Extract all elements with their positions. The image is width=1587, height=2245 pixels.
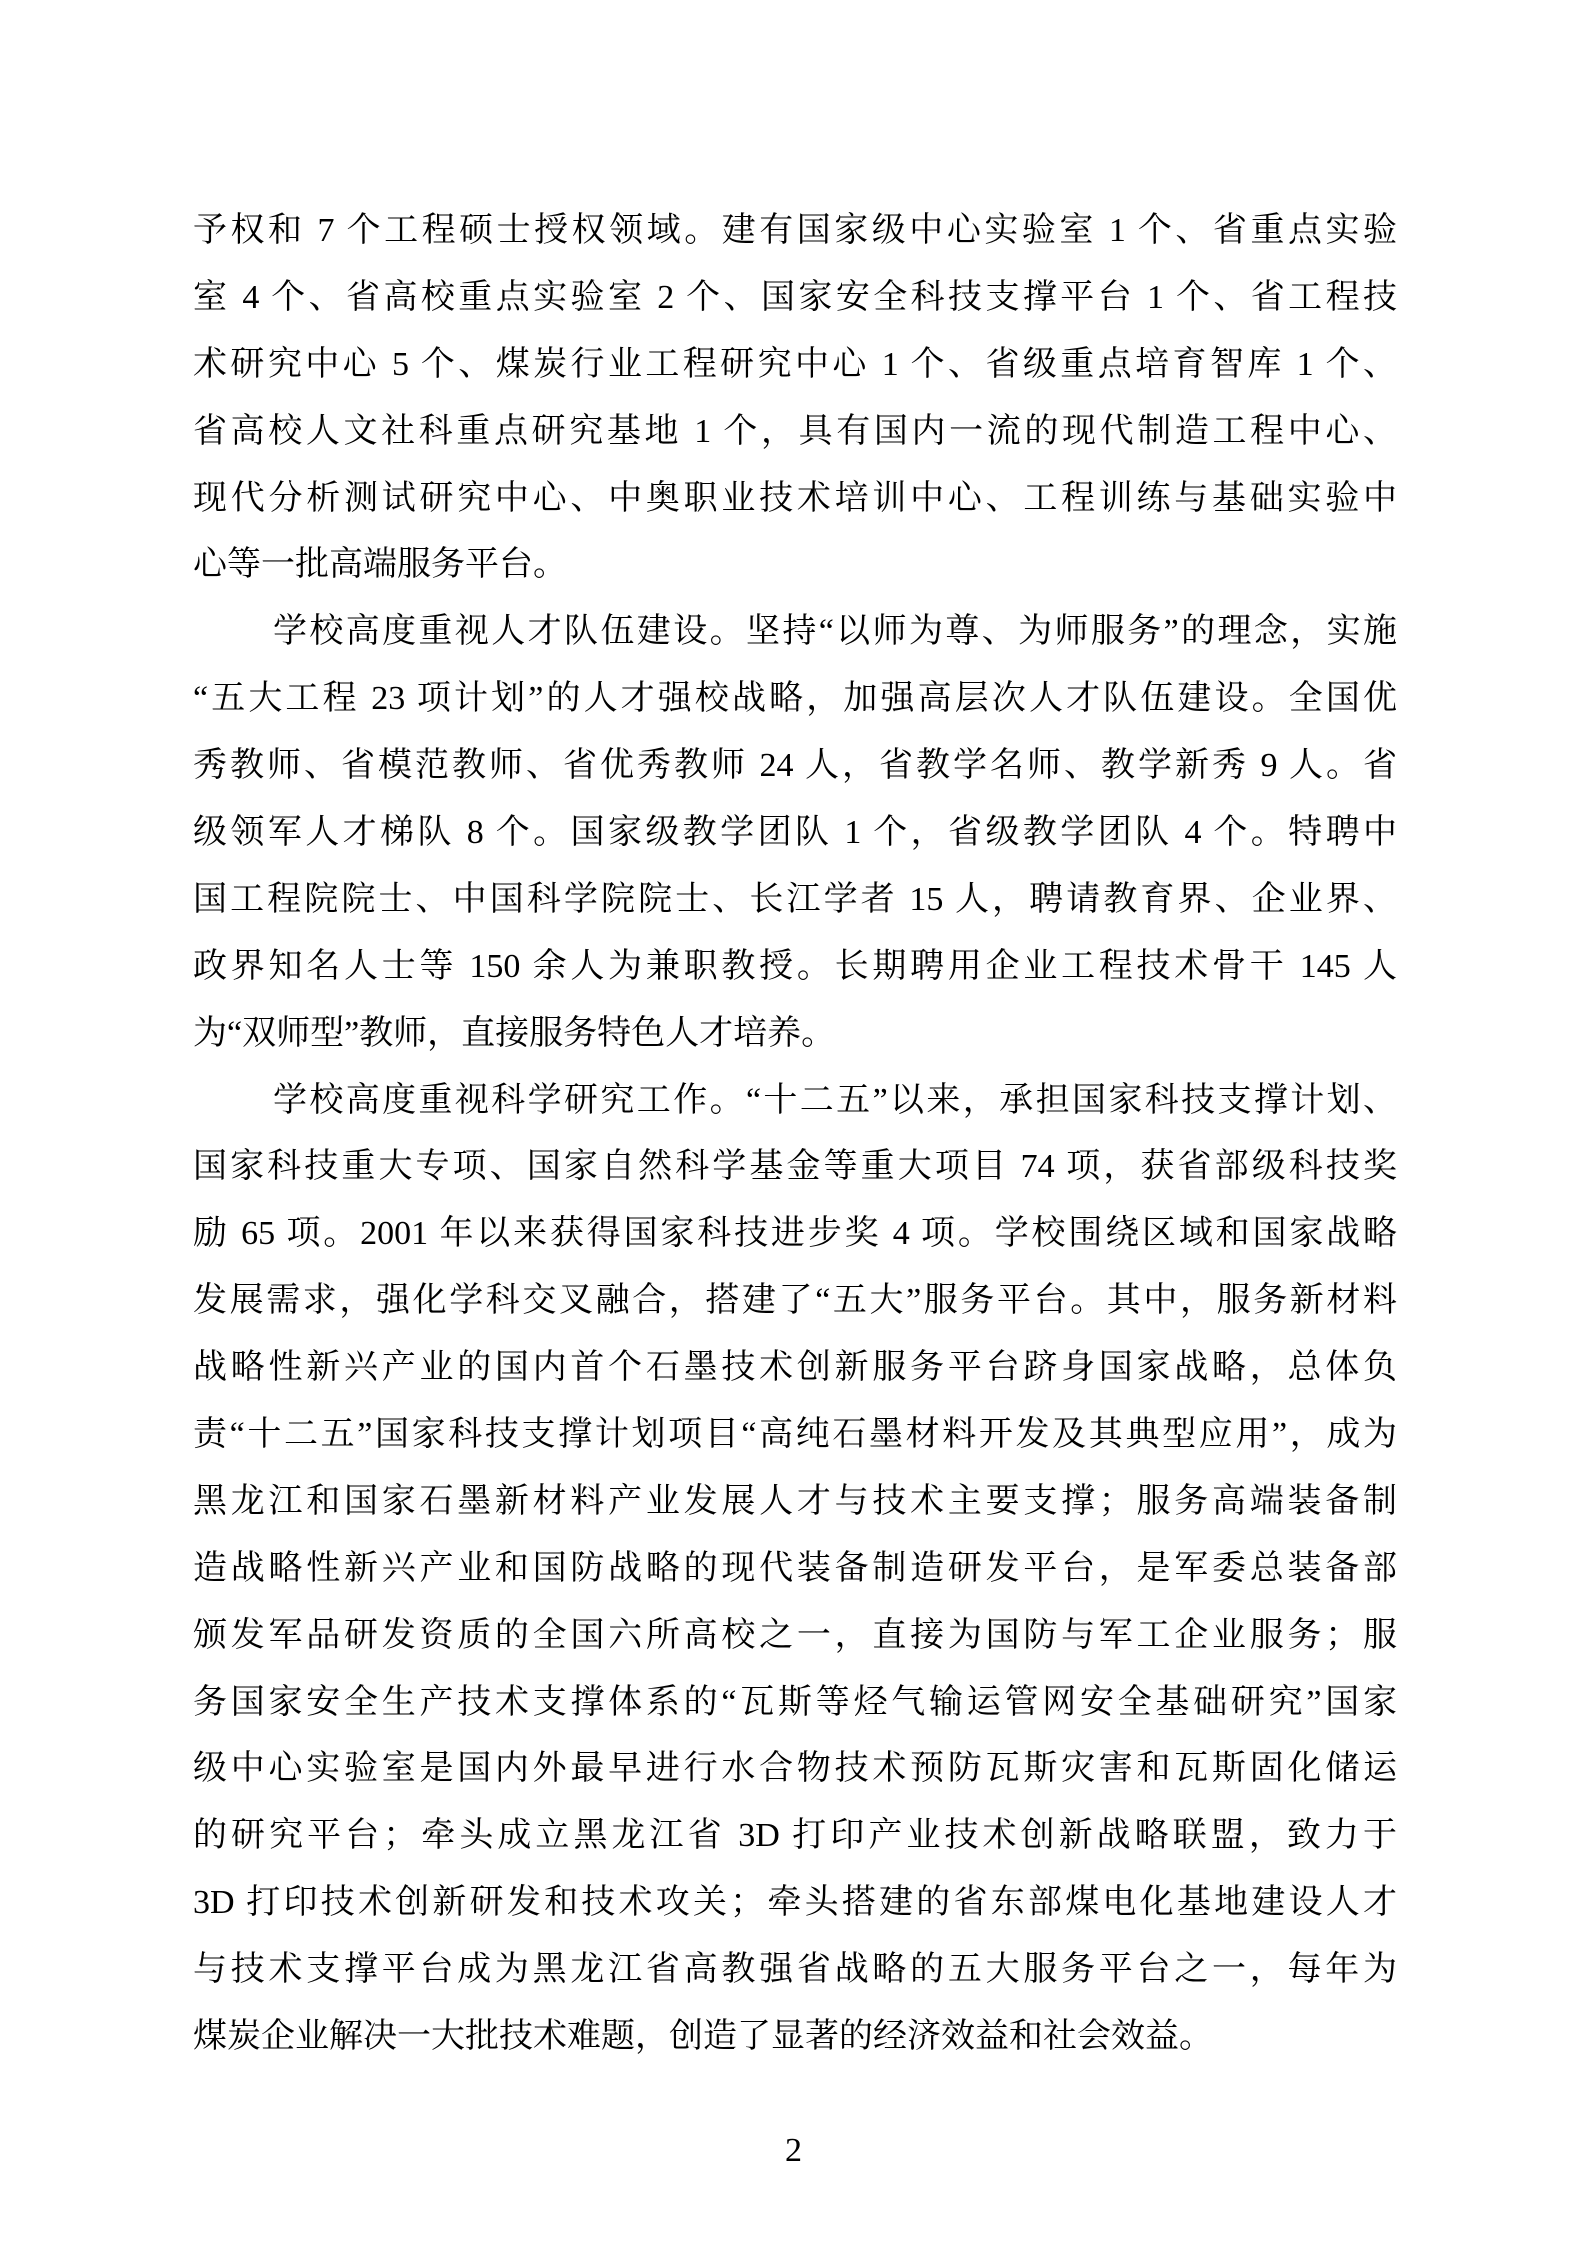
text-line: 的研究平台；牵头成立黑龙江省 3D 打印产业技术创新战略联盟，致力于 [193, 1803, 1397, 1870]
text-line: 现代分析测试研究中心、中奥职业技术培训中心、工程训练与基础实验中 [193, 466, 1397, 533]
text-line: 予权和 7 个工程硕士授权领域。建有国家级中心实验室 1 个、省重点实验 [193, 198, 1397, 265]
text-line: 励 65 项。2001 年以来获得国家科技进步奖 4 项。学校围绕区域和国家战略 [193, 1201, 1397, 1268]
document-body: 予权和 7 个工程硕士授权领域。建有国家级中心实验室 1 个、省重点实验室 4 … [193, 198, 1397, 2071]
text-line: “五大工程 23 项计划”的人才强校战略，加强高层次人才队伍建设。全国优 [193, 666, 1397, 733]
text-line: 黑龙江和国家石墨新材料产业发展人才与技术主要支撑；服务高端装备制 [193, 1469, 1397, 1536]
text-line: 国工程院院士、中国科学院院士、长江学者 15 人，聘请教育界、企业界、 [193, 867, 1397, 934]
text-line: 术研究中心 5 个、煤炭行业工程研究中心 1 个、省级重点培育智库 1 个、 [193, 332, 1397, 399]
text-line: 发展需求，强化学科交叉融合，搭建了“五大”服务平台。其中，服务新材料 [193, 1268, 1397, 1335]
text-line: 煤炭企业解决一大批技术难题，创造了显著的经济效益和社会效益。 [193, 2004, 1397, 2071]
text-line: 级中心实验室是国内外最早进行水合物技术预防瓦斯灾害和瓦斯固化储运 [193, 1736, 1397, 1803]
text-line: 心等一批高端服务平台。 [193, 532, 1397, 599]
text-line: 责“十二五”国家科技支撑计划项目“高纯石墨材料开发及其典型应用”，成为 [193, 1402, 1397, 1469]
text-line: 务国家安全生产技术支撑体系的“瓦斯等烃气输运管网安全基础研究”国家 [193, 1670, 1397, 1737]
text-line: 学校高度重视人才队伍建设。坚持“以师为尊、为师服务”的理念，实施 [193, 599, 1397, 666]
page-number: 2 [0, 2130, 1587, 2172]
text-line: 3D 打印技术创新研发和技术攻关；牵头搭建的省东部煤电化基地建设人才 [193, 1870, 1397, 1937]
text-line: 省高校人文社科重点研究基地 1 个，具有国内一流的现代制造工程中心、 [193, 399, 1397, 466]
text-line: 室 4 个、省高校重点实验室 2 个、国家安全科技支撑平台 1 个、省工程技 [193, 265, 1397, 332]
text-line: 为“双师型”教师，直接服务特色人才培养。 [193, 1001, 1397, 1068]
text-line: 级领军人才梯队 8 个。国家级教学团队 1 个，省级教学团队 4 个。特聘中 [193, 800, 1397, 867]
text-line: 国家科技重大专项、国家自然科学基金等重大项目 74 项，获省部级科技奖 [193, 1134, 1397, 1201]
text-line: 造战略性新兴产业和国防战略的现代装备制造研发平台，是军委总装备部 [193, 1536, 1397, 1603]
page: 予权和 7 个工程硕士授权领域。建有国家级中心实验室 1 个、省重点实验室 4 … [0, 0, 1587, 2245]
text-line: 与技术支撑平台成为黑龙江省高教强省战略的五大服务平台之一，每年为 [193, 1937, 1397, 2004]
text-line: 战略性新兴产业的国内首个石墨技术创新服务平台跻身国家战略，总体负 [193, 1335, 1397, 1402]
text-line: 学校高度重视科学研究工作。“十二五”以来，承担国家科技支撑计划、 [193, 1068, 1397, 1135]
text-line: 秀教师、省模范教师、省优秀教师 24 人，省教学名师、教学新秀 9 人。省 [193, 733, 1397, 800]
text-line: 颁发军品研发资质的全国六所高校之一，直接为国防与军工企业服务；服 [193, 1603, 1397, 1670]
text-line: 政界知名人士等 150 余人为兼职教授。长期聘用企业工程技术骨干 145 人 [193, 934, 1397, 1001]
